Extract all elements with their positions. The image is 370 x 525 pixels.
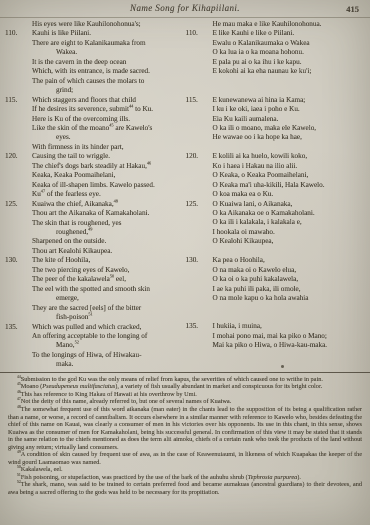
- line-number: [3, 115, 32, 124]
- verse-text: The chief's dogs bark steadily at Hakau,…: [32, 162, 151, 171]
- verse-line: 135.I hukiia, i muina,: [184, 322, 365, 331]
- line-number: [184, 171, 213, 180]
- verse-text: O Kuaiwa lani, o Aikanaka,: [213, 200, 293, 209]
- verse-line: E kokohi ai ka eha naunau ke ku'i;: [184, 67, 365, 76]
- footnotes-section: 44Submission to the god Ku was the only …: [0, 375, 370, 497]
- line-number: [184, 218, 213, 227]
- verse-text: O Keaka ma'i uha-kikili, Hala Kawelo.: [213, 181, 325, 190]
- footnote-number: 44: [17, 375, 21, 379]
- verse-line: fish-poison51: [3, 313, 184, 322]
- verse-line: His eyes were like Kauhilonohonua's;: [3, 20, 184, 29]
- line-number: [3, 304, 32, 313]
- line-number: 130.: [184, 256, 213, 265]
- footnote-number: 45: [17, 382, 21, 386]
- verse-text: Ewalu o Kalanikaumaka o Wakea: [213, 39, 310, 48]
- line-number: [3, 77, 32, 86]
- line-number: [3, 228, 32, 237]
- line-number: 120.: [3, 152, 32, 161]
- verse-text: fish-poison51: [32, 313, 93, 322]
- verse-text: E kolili ai ka huelo, kowili koko,: [213, 152, 308, 161]
- verse-gap: [184, 143, 365, 152]
- verse-text: eyes.: [32, 133, 71, 142]
- verse-line: O Keaka ma'i uha-kikili, Hala Kawelo.: [184, 181, 365, 190]
- verse-line: With firmness in its hinder part,: [3, 143, 184, 152]
- line-number: 110.: [184, 29, 213, 38]
- verse-text: Kuaiwa the chief, Aikanaka,48: [32, 200, 118, 209]
- verse-gap: [184, 313, 365, 322]
- line-number: [3, 360, 32, 369]
- footnote-number: 47: [17, 397, 21, 401]
- footnote-number: 50: [17, 465, 21, 469]
- line-number: [3, 67, 32, 76]
- line-number: [3, 351, 32, 360]
- verse-line: Ewalu o Kalanikaumaka o Wakea: [184, 39, 365, 48]
- line-number: [184, 285, 213, 294]
- verse-text: grind;: [32, 86, 73, 95]
- verse-line: 120.E kolili ai ka huelo, kowili koko,: [184, 152, 365, 161]
- verse-text: Kauhi is like Piilani.: [32, 29, 91, 38]
- line-number: [3, 143, 32, 152]
- verse-line: The chief's dogs bark steadily at Hakau,…: [3, 162, 184, 171]
- verse-line: O na mole kapu o ka hola awahia: [184, 294, 365, 303]
- footnote-47: 47Not the deity of this name, already re…: [8, 398, 362, 406]
- line-number: [184, 162, 213, 171]
- verse-line: eyes.: [3, 133, 184, 142]
- line-number: [184, 266, 213, 275]
- verse-line: He wawae oo i ka hope ka hae,: [184, 133, 365, 142]
- verse-text: Ku47 of the fearless eye.: [32, 190, 101, 199]
- line-number: [3, 247, 32, 256]
- line-number: [3, 171, 32, 180]
- verse-column-hawaiian: He mau maka e like Kauhilonohonua.110.E …: [184, 20, 365, 370]
- verse-line: 115.Which staggers and floors that child: [3, 96, 184, 105]
- verse-line: O Keaka, o Keaka Poomaihelani,: [184, 171, 365, 180]
- footnote-50: 50Kakalawela, eel.: [8, 466, 362, 474]
- verse-text: Causing the tail to wriggle.: [32, 152, 110, 161]
- verse-text: The skin that is roughened, yes: [32, 219, 121, 228]
- verse-line: Ku47 of the fearless eye.: [3, 190, 184, 199]
- line-number: [184, 228, 213, 237]
- line-number: [184, 181, 213, 190]
- verse-line: Sharpened on the outside.: [3, 237, 184, 246]
- line-number: [3, 190, 32, 199]
- line-number: [3, 313, 32, 322]
- verse-text: Which staggers and floors that child: [32, 96, 136, 105]
- verse-text: Sharpened on the outside.: [32, 237, 106, 246]
- verse-text: Wakea.: [32, 48, 77, 57]
- verse-text: E kokohi ai ka eha naunau ke ku'i;: [213, 67, 312, 76]
- line-number: [3, 105, 32, 114]
- line-number: [184, 48, 213, 57]
- line-number: [184, 341, 213, 350]
- verse-text: O koa maka ea o Ku.: [213, 190, 274, 199]
- line-number: 110.: [3, 29, 32, 38]
- footnote-48: 48The somewhat frequent use of this word…: [8, 406, 362, 451]
- line-number: [3, 58, 32, 67]
- verse-line: 125.Kuaiwa the chief, Aikanaka,48: [3, 200, 184, 209]
- line-number: [3, 39, 32, 48]
- verse-line: E pala pu ai o ka ihu i ke kapu.: [184, 58, 365, 67]
- line-number: [3, 124, 32, 133]
- verse-text: He wawae oo i ka hope ka hae,: [213, 133, 302, 142]
- verse-line: Mai ka piko o Hiwa, o Hiwa-kau-maka.: [184, 341, 365, 350]
- verse-text: E kunewanewa ai hina ia Kama;: [213, 96, 306, 105]
- line-number: [184, 58, 213, 67]
- footnote-ref: 50: [110, 274, 114, 279]
- verse-gap: [184, 86, 365, 95]
- line-number: [184, 294, 213, 303]
- verse-text: The two piercing eyes of Kawelo,: [32, 266, 129, 275]
- line-number: [3, 266, 32, 275]
- verse-gap: [184, 247, 365, 256]
- line-number: [3, 275, 32, 284]
- verse-text: Like the skin of the moano45 are Kawelo'…: [32, 124, 152, 133]
- verse-line: Wakea.: [3, 48, 184, 57]
- line-number: [184, 133, 213, 142]
- verse-gap: [184, 304, 365, 313]
- line-number: [3, 86, 32, 95]
- line-number: [184, 209, 213, 218]
- verse-text: Ka pea o Hoohila,: [213, 256, 265, 265]
- verse-line: The pain of which causes the molars to: [3, 77, 184, 86]
- line-number: [3, 294, 32, 303]
- verse-line: It is the cavern in the deep ocean: [3, 58, 184, 67]
- footnote-ref: 46: [147, 160, 151, 165]
- footnote-ref: 47: [41, 189, 45, 194]
- line-number: [184, 190, 213, 199]
- line-number: [3, 133, 32, 142]
- verse-text: Thou art Kealohi Kikaupea.: [32, 247, 112, 256]
- verse-text: O ka ili o moano, maka ele Kawelo,: [213, 124, 317, 133]
- verse-line: Like the skin of the moano45 are Kawelo'…: [3, 124, 184, 133]
- verse-line: 110.Kauhi is like Piilani.: [3, 29, 184, 38]
- verse-text: If he desires its severence, submit44 to…: [32, 105, 153, 114]
- verse-text: E pala pu ai o ka ihu i ke kapu.: [213, 58, 302, 67]
- verse-columns: His eyes were like Kauhilonohonua's;110.…: [0, 18, 370, 370]
- verse-line: maka.: [3, 360, 184, 369]
- verse-line: The eel with the spotted and smooth skin: [3, 285, 184, 294]
- verse-line: An offering acceptable to the longing of: [3, 332, 184, 341]
- line-number: [3, 341, 32, 350]
- page-header: Name Song for Kihapiilani. 415: [0, 0, 370, 16]
- verse-line: 115.E kunewanewa ai hina ia Kama;: [184, 96, 365, 105]
- footnote-ref: 44: [129, 104, 133, 109]
- verse-line: 135.Which was pulled and which cracked,: [3, 323, 184, 332]
- verse-text: O Kealohi Kikaupea,: [213, 237, 274, 246]
- verse-text: I mohai pono mai, mai ka piko o Mano;: [213, 332, 327, 341]
- verse-line: Here is Ku of the overcoming ills.: [3, 115, 184, 124]
- line-number: [184, 124, 213, 133]
- footnote-ref: 52: [75, 340, 79, 345]
- verse-line: Thou art Kealohi Kikaupea.: [3, 247, 184, 256]
- verse-text: Eia Ku kaili aumalena.: [213, 115, 279, 124]
- running-head-title: Name Song for Kihapiilani.: [0, 3, 370, 14]
- verse-line: 125.O Kuaiwa lani, o Aikanaka,: [184, 200, 365, 209]
- verse-line: grind;: [3, 86, 184, 95]
- line-number: [3, 285, 32, 294]
- footnote-ref: 51: [88, 312, 92, 317]
- verse-line: Mano,52: [3, 341, 184, 350]
- line-number: 115.: [184, 96, 213, 105]
- verse-text: There are eight to Kalanikaumaka from: [32, 39, 146, 48]
- verse-text: I ae ka puhi ili paka, ili omole,: [213, 285, 301, 294]
- line-number: [3, 162, 32, 171]
- line-number: [184, 237, 213, 246]
- verse-column-english: His eyes were like Kauhilonohonua's;110.…: [3, 20, 184, 370]
- verse-line: 110.E like Kauhi e like o Piilani.: [184, 29, 365, 38]
- verse-text: They are the sacred [eels] of the bitter: [32, 304, 141, 313]
- line-number: 135.: [184, 322, 213, 331]
- verse-line: 130.The kite of Hoohila,: [3, 256, 184, 265]
- line-number: 130.: [3, 256, 32, 265]
- verse-text: O ka ili i kalakala, i kalakala e,: [213, 218, 302, 227]
- footnote-number: 46: [17, 390, 21, 394]
- verse-line: They are the sacred [eels] of the bitter: [3, 304, 184, 313]
- line-number: [184, 39, 213, 48]
- verse-line: The peer of the kakalawela50 eel,: [3, 275, 184, 284]
- verse-line: Keaka of ill-shapen limbs. Kawelo passed…: [3, 181, 184, 190]
- line-number: [3, 219, 32, 228]
- verse-gap: [184, 77, 365, 86]
- footnote-ref: 49: [88, 227, 92, 232]
- verse-text: Which was pulled and which cracked,: [32, 323, 141, 332]
- footnote-number: 51: [17, 473, 21, 477]
- footnote-49: 49A condition of skin caused by frequent…: [8, 451, 362, 466]
- verse-text: The kite of Hoohila,: [32, 256, 90, 265]
- verse-line: Which, with its entrance, is made sacred…: [3, 67, 184, 76]
- footnote-number: 49: [17, 450, 21, 454]
- footnote-ref: 48: [114, 198, 118, 203]
- line-number: 120.: [184, 152, 213, 161]
- verse-text: Mano,52: [32, 341, 79, 350]
- verse-line: Eia Ku kaili aumalena.: [184, 115, 365, 124]
- line-number: [3, 181, 32, 190]
- verse-text: Thou art the Aikanaka of Kamakaholani.: [32, 209, 149, 218]
- verse-line: 130.Ka pea o Hoohila,: [184, 256, 365, 265]
- verse-line: O ka ili i kalakala, i kalakala e,: [184, 218, 365, 227]
- verse-text: I ku i ke oki, iaea i poho e Ku.: [213, 105, 300, 114]
- verse-line: The skin that is roughened, yes: [3, 219, 184, 228]
- verse-text: O Keaka, o Keaka Poomaihelani,: [213, 171, 309, 180]
- verse-line: O ka oi o ka puhi kakalawela,: [184, 275, 365, 284]
- verse-text: Which, with its entrance, is made sacred…: [32, 67, 150, 76]
- line-number: 125.: [3, 200, 32, 209]
- line-number: [184, 67, 213, 76]
- verse-text: I hookala oi mawaho.: [213, 228, 275, 237]
- verse-line: The two piercing eyes of Kawelo,: [3, 266, 184, 275]
- verse-line: roughened,49: [3, 228, 184, 237]
- verse-text: O ka oi o ka puhi kakalawela,: [213, 275, 299, 284]
- verse-text: It is the cavern in the deep ocean: [32, 58, 126, 67]
- footnote-52: 52The shark, mano, was said to be traine…: [8, 481, 362, 496]
- verse-line: Ko i haea i Hakau na ilio alii.: [184, 162, 365, 171]
- verse-line: O koa maka ea o Ku.: [184, 190, 365, 199]
- verse-line: If he desires its severence, submit44 to…: [3, 105, 184, 114]
- line-number: 115.: [3, 96, 32, 105]
- verse-text: O na maka oi o Kawelo elua,: [213, 266, 297, 275]
- book-page: Name Song for Kihapiilani. 415 His eyes …: [0, 0, 370, 525]
- line-number: [184, 275, 213, 284]
- verse-text: emerge,: [32, 294, 79, 303]
- line-number: [3, 209, 32, 218]
- verse-text: Ko i haea i Hakau na ilio alii.: [213, 162, 298, 171]
- verse-line: 120.Causing the tail to wriggle.: [3, 152, 184, 161]
- verse-text: Keaka of ill-shapen limbs. Kawelo passed…: [32, 181, 155, 190]
- verse-line: O ka ili o moano, maka ele Kawelo,: [184, 124, 365, 133]
- verse-line: I ae ka puhi ili paka, ili omole,: [184, 285, 365, 294]
- verse-line: Keaka, Keaka Poomaihelani,: [3, 171, 184, 180]
- verse-text: The pain of which causes the molars to: [32, 77, 144, 86]
- verse-text: maka.: [32, 360, 73, 369]
- verse-text: The peer of the kakalawela50 eel,: [32, 275, 126, 284]
- verse-text: O na mole kapu o ka hola awahia: [213, 294, 309, 303]
- footnote-45: 45Moano (Pseudupeneus multifasciatus), a…: [8, 383, 362, 391]
- verse-line: I mohai pono mai, mai ka piko o Mano;: [184, 332, 365, 341]
- verse-text: To the longings of Hiwa, of Hiwakau-: [32, 351, 141, 360]
- line-number: [3, 332, 32, 341]
- footnote-number: 48: [17, 405, 21, 409]
- verse-text: Mai ka piko o Hiwa, o Hiwa-kau-maka.: [213, 341, 328, 350]
- footnote-ref: 45: [109, 123, 113, 128]
- line-number: 135.: [3, 323, 32, 332]
- verse-line: O na maka oi o Kawelo elua,: [184, 266, 365, 275]
- verse-text: I hukiia, i muina,: [213, 322, 262, 331]
- line-number: [3, 48, 32, 57]
- page-number: 415: [346, 4, 359, 14]
- verse-text: With firmness in its hinder part,: [32, 143, 124, 152]
- verse-text: Keaka, Keaka Poomaihelani,: [32, 171, 115, 180]
- verse-line: I hookala oi mawaho.: [184, 228, 365, 237]
- verse-line: emerge,: [3, 294, 184, 303]
- line-number: [184, 332, 213, 341]
- verse-line: I ku i ke oki, iaea i poho e Ku.: [184, 105, 365, 114]
- ink-speck: [281, 365, 284, 368]
- line-number: 125.: [184, 200, 213, 209]
- footnote-number: 52: [17, 480, 21, 484]
- footnote-rule: [0, 372, 370, 373]
- verse-line: O Kealohi Kikaupea,: [184, 237, 365, 246]
- line-number: [184, 115, 213, 124]
- verse-text: An offering acceptable to the longing of: [32, 332, 147, 341]
- verse-line: O ka lua ia o ka moana hohonu.: [184, 48, 365, 57]
- verse-text: O ka lua ia o ka moana hohonu.: [213, 48, 304, 57]
- verse-text: E like Kauhi e like o Piilani.: [213, 29, 295, 38]
- verse-text: Here is Ku of the overcoming ills.: [32, 115, 130, 124]
- verse-line: To the longings of Hiwa, of Hiwakau-: [3, 351, 184, 360]
- verse-text: The eel with the spotted and smooth skin: [32, 285, 150, 294]
- verse-line: Thou art the Aikanaka of Kamakaholani.: [3, 209, 184, 218]
- verse-line: There are eight to Kalanikaumaka from: [3, 39, 184, 48]
- verse-text: roughened,49: [32, 228, 92, 237]
- line-number: [3, 237, 32, 246]
- line-number: [184, 105, 213, 114]
